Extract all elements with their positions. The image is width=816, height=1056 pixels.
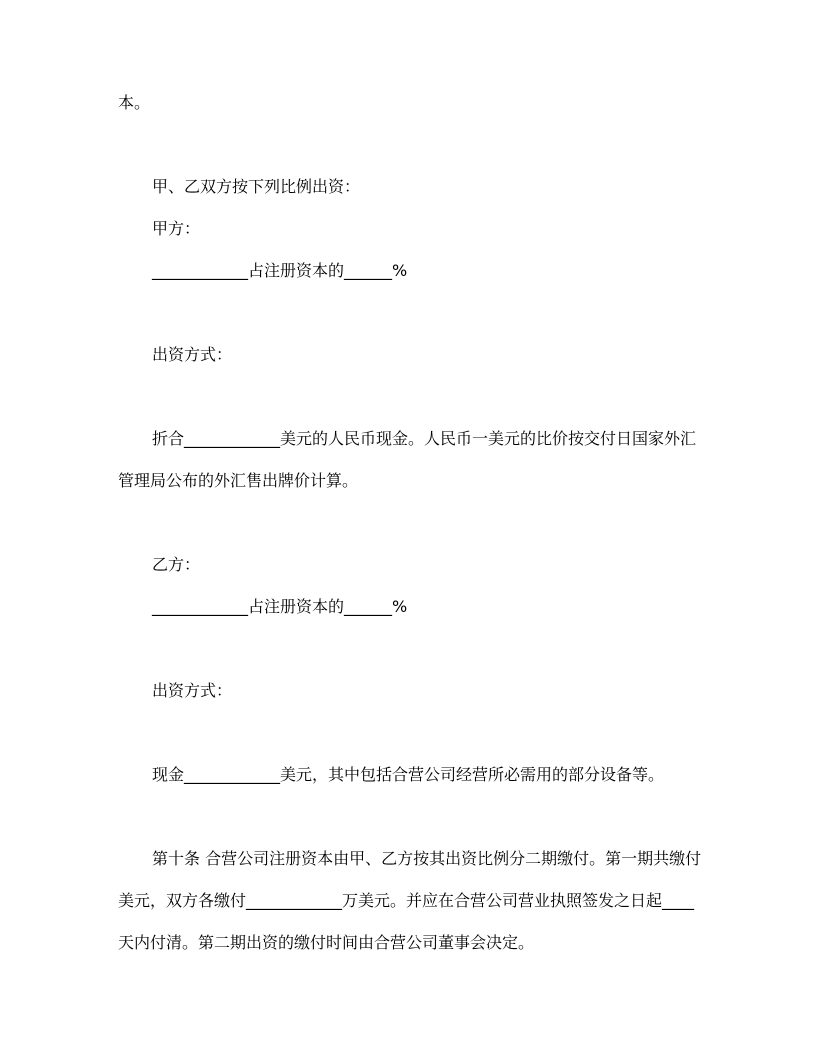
- document-page: 本。 甲、乙双方按下列比例出资： 甲方： ____________占注册资本的_…: [0, 0, 816, 1056]
- party-b-label: 乙方：: [118, 544, 700, 586]
- document-body: 本。 甲、乙双方按下列比例出资： 甲方： ____________占注册资本的_…: [118, 82, 700, 964]
- party-a-cash-conversion-line-2: 管理局公布的外汇售出牌价计算。: [118, 460, 700, 502]
- party-a-capital-blank-line: ____________占注册资本的______%: [118, 250, 700, 292]
- party-a-cash-conversion-line-1: 折合____________美元的人民币现金。人民币一美元的比价按交付日国家外汇: [118, 418, 700, 460]
- party-a-contribution-method-label: 出资方式：: [118, 334, 700, 376]
- contribution-ratio-heading: 甲、乙双方按下列比例出资：: [118, 166, 700, 208]
- party-b-capital-blank-line: ____________占注册资本的______%: [118, 586, 700, 628]
- party-a-label: 甲方：: [118, 208, 700, 250]
- carryover-text: 本。: [118, 82, 700, 124]
- article-10-line-3: 天内付清。第二期出资的缴付时间由合营公司董事会决定。: [118, 922, 700, 964]
- article-10-line-1: 第十条 合营公司注册资本由甲、乙方按其出资比例分二期缴付。第一期共缴付: [118, 838, 700, 880]
- party-b-contribution-method-label: 出资方式：: [118, 670, 700, 712]
- article-10-line-2: 美元，双方各缴付____________万美元。并应在合营公司营业执照签发之日起…: [118, 880, 700, 922]
- party-b-cash-line: 现金____________美元，其中包括合营公司经营所必需用的部分设备等。: [118, 754, 700, 796]
